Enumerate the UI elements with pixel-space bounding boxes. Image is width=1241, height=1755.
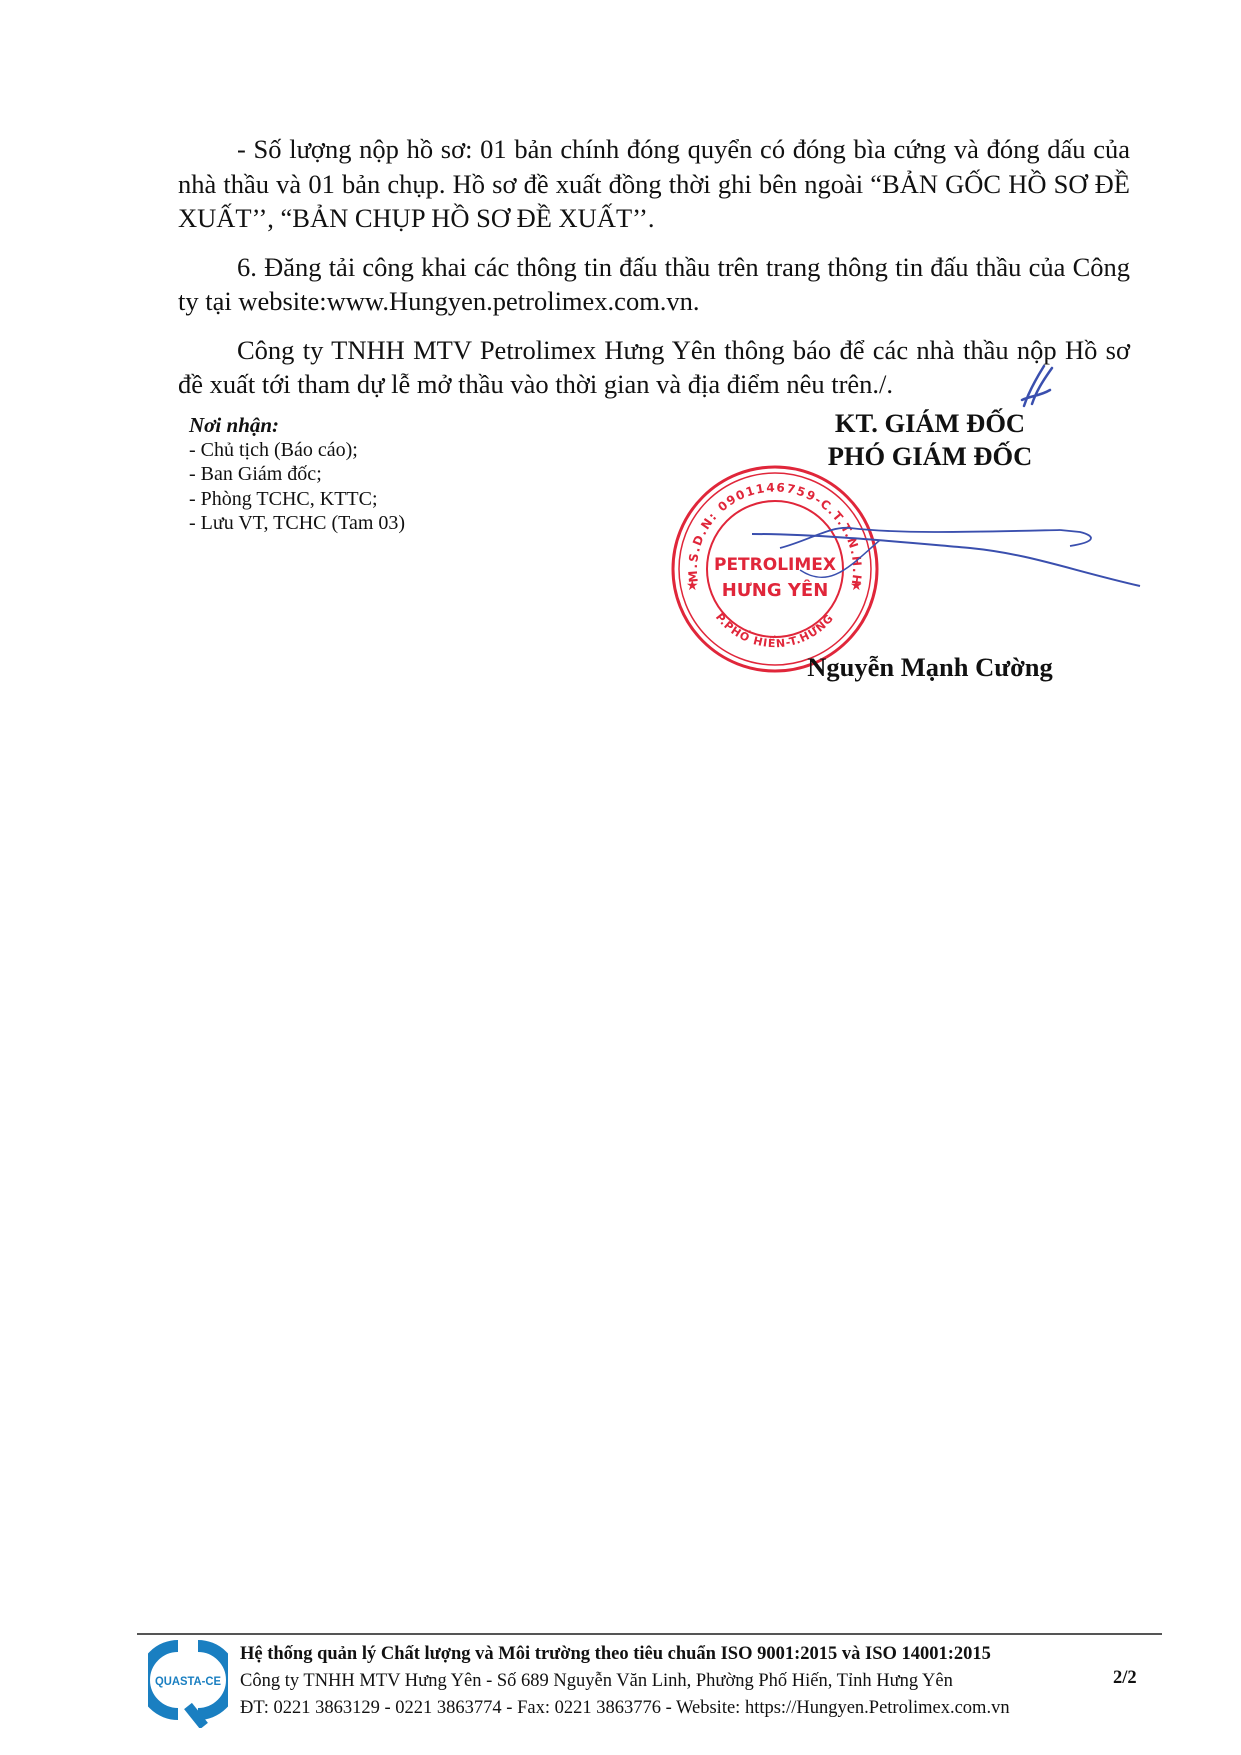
footer-divider [137,1633,1162,1635]
recipient-item: - Phòng TCHC, KTTC; [189,487,405,512]
handwritten-signature-icon [740,520,1160,610]
recipient-item: - Ban Giám đốc; [189,462,405,487]
footer-address-line: Công ty TNHH MTV Hưng Yên - Số 689 Nguyễ… [240,1668,1010,1695]
recipients-block: Nơi nhận: - Chủ tịch (Báo cáo); - Ban Gi… [189,413,405,536]
recipient-item: - Chủ tịch (Báo cáo); [189,438,405,463]
paragraph-publication: 6. Đăng tải công khai các thông tin đấu … [178,250,1130,319]
footer-iso-line: Hệ thống quản lý Chất lượng và Môi trườn… [240,1641,1010,1668]
signer-name: Nguyễn Mạnh Cường [690,652,1170,683]
logo-text: QUASTA-CE [155,1674,221,1688]
paragraph-submission-count: - Số lượng nộp hồ sơ: 01 bản chính đóng … [178,132,1130,236]
initials-mark-icon [1010,360,1060,410]
paragraph-closing-notice: Công ty TNHH MTV Petrolimex Hưng Yên thô… [178,333,1130,402]
recipient-item: - Lưu VT, TCHC (Tam 03) [189,511,405,536]
recipients-label: Nơi nhận: [189,413,405,438]
svg-text:★: ★ [686,579,699,594]
footer-contact-line: ĐT: 0221 3863129 - 0221 3863774 - Fax: 0… [240,1695,1010,1722]
quasta-ce-logo-icon: QUASTA-CE [148,1640,228,1728]
signature-title-line1: KT. GIÁM ĐỐC [690,407,1170,440]
page-number: 2/2 [1113,1668,1137,1689]
body-text: - Số lượng nộp hồ sơ: 01 bản chính đóng … [178,132,1130,402]
document-page: - Số lượng nộp hồ sơ: 01 bản chính đóng … [0,0,1241,1755]
footer-text: Hệ thống quản lý Chất lượng và Môi trườn… [240,1641,1010,1722]
